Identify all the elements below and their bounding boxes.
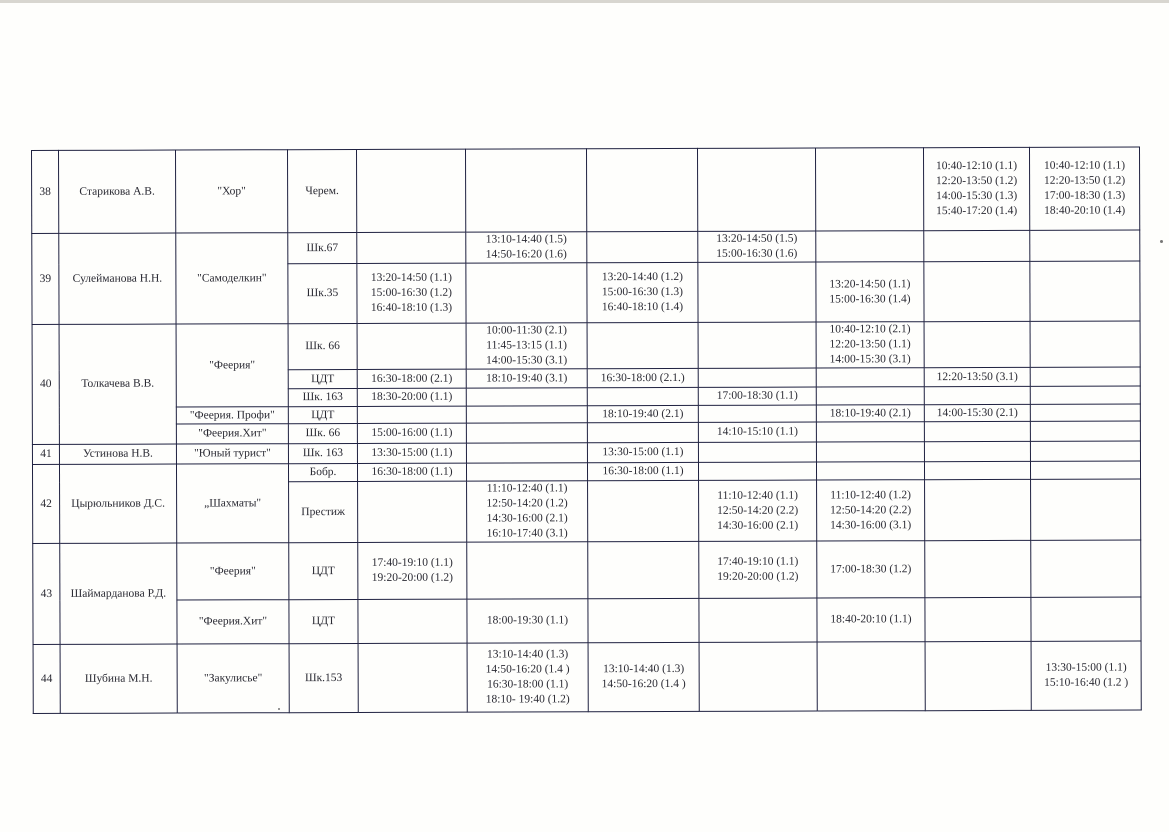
day-cell <box>925 641 1031 710</box>
day-cell: 13:30-15:00 (1.1) <box>587 442 698 462</box>
location: ЦДТ <box>288 406 357 423</box>
time-slot: 18:10-19:40 (2.1) <box>819 406 922 421</box>
day-cell: 13:20-14:50 (1.5)15:00-16:30 (1.6) <box>698 231 816 262</box>
group-name: "Феерия.Хит" <box>176 424 288 444</box>
day-cell <box>1030 421 1140 441</box>
day-cell <box>1030 261 1140 321</box>
time-slot: 14:00-15:30 (2.1) <box>927 405 1028 420</box>
day-cell <box>698 262 816 322</box>
day-cell <box>1030 321 1140 367</box>
group-name: "Феерия" <box>177 543 289 600</box>
day-cell <box>587 422 698 442</box>
day-cell <box>466 423 587 443</box>
day-cell <box>1030 404 1140 421</box>
row-number: 42 <box>32 464 59 543</box>
day-cell: 13:20-14:50 (1.1)15:00-16:30 (1.2)16:40-… <box>357 263 466 323</box>
time-slot: 14:00-15:30 (3.1) <box>819 352 922 367</box>
location: Шк. 66 <box>288 423 357 443</box>
time-slot: 13:30-15:00 (1.1) <box>360 446 464 461</box>
time-slot: 16:30-18:00 (1.1) <box>360 465 464 480</box>
day-cell <box>358 481 467 542</box>
day-cell <box>587 322 698 368</box>
day-cell <box>465 149 586 232</box>
day-cell <box>357 232 466 263</box>
location: Шк.67 <box>288 232 357 263</box>
scanned-page: 38Старикова А.В."Хор"Черем.10:40-12:10 (… <box>0 0 1169 832</box>
day-cell: 13:20-14:40 (1.2)15:00-16:30 (1.3)16:40-… <box>587 262 698 322</box>
time-slot: 15:00-16:30 (1.4) <box>818 292 921 307</box>
time-slot: 15:00-16:30 (1.6) <box>700 247 813 262</box>
row-number: 41 <box>32 444 59 464</box>
day-cell <box>357 323 466 369</box>
day-cell <box>588 598 699 642</box>
scan-edge <box>0 0 1169 3</box>
time-slot: 17:40-19:10 (1.1) <box>701 555 814 570</box>
time-slot: 13:10-14:40 (1.5) <box>468 232 584 247</box>
day-cell: 10:00-11:30 (2.1)11:45-13:15 (1.1)14:00-… <box>466 323 587 369</box>
time-slot: 13:30-15:00 (1.1) <box>1034 661 1139 676</box>
teacher-name: Шубина М.Н. <box>60 644 177 713</box>
time-slot: 11:10-12:40 (1.1) <box>469 481 585 496</box>
time-slot: 14:50-16:20 (1.4 ) <box>591 677 697 692</box>
time-slot: 12:20-13:50 (1.2) <box>926 174 1027 189</box>
day-cell <box>467 542 588 599</box>
day-cell <box>698 368 816 387</box>
location: ЦДТ <box>289 599 358 643</box>
time-slot: 15:00-16:30 (1.2) <box>359 286 463 301</box>
day-cell: 16:30-18:00 (2.1.) <box>587 368 698 387</box>
time-slot: 18:30-20:00 (1.1) <box>360 390 464 405</box>
teacher-name: Шаймарданова Р.Д. <box>60 543 177 644</box>
teacher-name: Толкачева В.В. <box>59 324 176 444</box>
time-slot: 16:30-18:00 (1.1) <box>590 464 696 479</box>
day-cell: 12:20-13:50 (3.1) <box>924 367 1030 386</box>
time-slot: 14:30-16:00 (2.1) <box>701 518 814 533</box>
time-slot: 12:50-14:20 (2.2) <box>819 503 922 518</box>
day-cell <box>816 368 924 387</box>
day-cell <box>815 148 923 231</box>
time-slot: 11:10-12:40 (1.1) <box>701 488 814 503</box>
row-number: 38 <box>32 150 59 233</box>
day-cell <box>586 148 697 231</box>
teacher-name: Цырюльников Д.С. <box>59 464 176 543</box>
day-cell: 16:30-18:00 (2.1) <box>357 369 466 388</box>
row-number: 43 <box>33 543 60 644</box>
time-slot: 16:10-17:40 (3.1) <box>469 526 585 541</box>
time-slot: 19:20-20:00 (1.2) <box>360 571 464 586</box>
day-cell <box>697 148 815 231</box>
day-cell <box>1030 367 1140 386</box>
location: Шк. 66 <box>288 323 357 369</box>
time-slot: 18:40-20:10 (1.4) <box>1032 204 1137 219</box>
day-cell <box>356 149 465 232</box>
day-cell: 11:10-12:40 (1.2)12:50-14:20 (2.2)14:30-… <box>817 480 925 541</box>
day-cell: 15:00-16:00 (1.1) <box>357 423 466 443</box>
day-cell: 14:10-15:10 (1.1) <box>698 422 816 442</box>
time-slot: 17:00-18:30 (1.3) <box>1032 189 1137 204</box>
day-cell: 10:40-12:10 (1.1)12:20-13:50 (1.2)17:00-… <box>1029 147 1139 230</box>
day-cell <box>1031 540 1141 597</box>
time-slot: 14:30-16:00 (2.1) <box>469 511 585 526</box>
group-name: „Шахматы" <box>176 464 288 543</box>
day-cell <box>1030 386 1140 404</box>
scan-speck <box>278 708 280 710</box>
time-slot: 18:10-19:40 (3.1) <box>469 371 585 386</box>
day-cell <box>587 387 698 405</box>
day-cell: 16:30-18:00 (1.1) <box>357 463 466 481</box>
day-cell: 18:10-19:40 (2.1) <box>816 405 924 422</box>
location: Шк. 163 <box>288 443 357 463</box>
time-slot: 14:30-16:00 (3.1) <box>819 518 922 533</box>
time-slot: 12:20-13:50 (1.1) <box>819 337 922 352</box>
day-cell <box>924 461 1030 479</box>
time-slot: 16:30-18:00 (1.1) <box>470 677 586 692</box>
time-slot: 17:00-18:30 (1.2) <box>819 562 922 577</box>
day-cell <box>816 442 924 462</box>
day-cell <box>817 642 925 711</box>
time-slot: 16:30-18:00 (2.1) <box>360 371 464 386</box>
day-cell: 18:30-20:00 (1.1) <box>357 388 466 406</box>
day-cell <box>1031 597 1141 641</box>
day-cell: 13:30-15:00 (1.1) <box>357 443 466 463</box>
day-cell <box>1030 441 1140 461</box>
time-slot: 12:20-13:50 (1.2) <box>1032 174 1137 189</box>
day-cell <box>925 597 1031 641</box>
day-cell <box>698 442 816 462</box>
teacher-name: Сулейманова Н.Н. <box>59 233 176 324</box>
time-slot: 18:10- 19:40 (1.2) <box>470 692 586 707</box>
group-name: "Закулисье" <box>177 644 289 713</box>
time-slot: 11:10-12:40 (1.2) <box>819 488 922 503</box>
day-cell <box>924 421 1030 441</box>
day-cell: 13:20-14:50 (1.1)15:00-16:30 (1.4) <box>816 262 924 322</box>
day-cell <box>816 387 924 405</box>
time-slot: 11:45-13:15 (1.1) <box>469 338 585 353</box>
location: Бобр. <box>288 463 357 481</box>
time-slot: 15:00-16:30 (1.3) <box>589 285 695 300</box>
day-cell: 17:40-19:10 (1.1)19:20-20:00 (1.2) <box>699 541 817 598</box>
group-name: "Самоделкин" <box>176 233 288 324</box>
day-cell: 17:00-18:30 (1.2) <box>817 541 925 598</box>
day-cell <box>466 443 587 463</box>
day-cell: 18:40-20:10 (1.1) <box>817 598 925 642</box>
teacher-name: Устинова Н.В. <box>59 444 176 464</box>
day-cell <box>699 642 817 711</box>
day-cell <box>1030 230 1140 261</box>
group-name: "Юный турист" <box>176 444 288 464</box>
day-cell: 17:40-19:10 (1.1)19:20-20:00 (1.2) <box>358 542 467 599</box>
day-cell: 18:10-19:40 (3.1) <box>466 369 587 388</box>
time-slot: 14:00-15:30 (1.3) <box>926 189 1027 204</box>
day-cell: 13:10-14:40 (1.5)14:50-16:20 (1.6) <box>466 232 587 263</box>
time-slot: 16:30-18:00 (2.1.) <box>590 370 696 385</box>
location: Шк.153 <box>289 643 358 712</box>
time-slot: 14:50-16:20 (1.4 ) <box>470 662 586 677</box>
day-cell <box>924 261 1030 321</box>
time-slot: 10:40-12:10 (1.1) <box>926 159 1027 174</box>
day-cell <box>588 541 699 598</box>
time-slot: 15:00-16:00 (1.1) <box>360 426 464 441</box>
day-cell <box>1031 479 1141 540</box>
location: ЦДТ <box>288 369 357 388</box>
time-slot: 10:40-12:10 (1.1) <box>1032 159 1137 174</box>
table-row: 44Шубина М.Н."Закулисье"Шк.15313:10-14:4… <box>33 641 1141 713</box>
schedule-body: 38Старикова А.В."Хор"Черем.10:40-12:10 (… <box>32 147 1142 713</box>
day-cell <box>925 479 1031 540</box>
time-slot: 12:50-14:20 (1.2) <box>469 496 585 511</box>
day-cell <box>466 463 587 481</box>
day-cell <box>816 462 924 480</box>
time-slot: 17:00-18:30 (1.1) <box>701 389 814 404</box>
time-slot: 15:10-16:40 (1.2 ) <box>1034 676 1139 691</box>
teacher-name: Старикова А.В. <box>59 150 176 233</box>
day-cell <box>466 388 587 406</box>
scan-speck <box>1160 240 1163 243</box>
day-cell <box>358 643 467 712</box>
day-cell <box>587 231 698 262</box>
day-cell: 11:10-12:40 (1.1)12:50-14:20 (1.2)14:30-… <box>467 481 588 542</box>
time-slot: 12:50-14:20 (2.2) <box>701 503 814 518</box>
table-row: 39Сулейманова Н.Н."Самоделкин"Шк.6713:10… <box>32 230 1140 264</box>
day-cell: 18:00-19:30 (1.1) <box>467 599 588 643</box>
schedule-table: 38Старикова А.В."Хор"Черем.10:40-12:10 (… <box>31 147 1142 714</box>
day-cell: 13:10-14:40 (1.3)14:50-16:20 (1.4 ) <box>588 642 699 711</box>
time-slot: 19:20-20:00 (1.2) <box>701 570 814 585</box>
row-number: 39 <box>32 233 59 324</box>
day-cell <box>699 598 817 642</box>
time-slot: 12:20-13:50 (3.1) <box>927 369 1028 384</box>
time-slot: 16:40-18:10 (1.4) <box>589 300 695 315</box>
location: Шк. 163 <box>288 388 357 406</box>
table-row: 38Старикова А.В."Хор"Черем.10:40-12:10 (… <box>32 147 1140 233</box>
day-cell <box>816 231 924 262</box>
group-name: "Феерия.Хит" <box>177 600 289 644</box>
day-cell <box>1030 461 1140 479</box>
day-cell <box>466 263 587 323</box>
location: Черем. <box>288 149 357 232</box>
day-cell <box>358 599 467 643</box>
time-slot: 13:20-14:40 (1.2) <box>589 270 695 285</box>
day-cell: 10:40-12:10 (1.1)12:20-13:50 (1.2)14:00-… <box>923 147 1029 230</box>
day-cell <box>924 230 1030 261</box>
time-slot: 13:10-14:40 (1.3) <box>591 662 697 677</box>
time-slot: 10:40-12:10 (2.1) <box>819 322 922 337</box>
group-name: "Феерия. Профи" <box>176 407 288 424</box>
day-cell: 17:00-18:30 (1.1) <box>698 387 816 405</box>
group-name: "Хор" <box>176 150 288 233</box>
day-cell: 10:40-12:10 (2.1)12:20-13:50 (1.1)14:00-… <box>816 322 924 368</box>
day-cell: 13:30-15:00 (1.1)15:10-16:40 (1.2 ) <box>1031 641 1141 710</box>
day-cell: 16:30-18:00 (1.1) <box>587 462 698 480</box>
day-cell <box>466 406 587 423</box>
day-cell <box>924 441 1030 461</box>
day-cell: 14:00-15:30 (2.1) <box>924 404 1030 421</box>
day-cell: 11:10-12:40 (1.1)12:50-14:20 (2.2)14:30-… <box>699 480 817 541</box>
table-row: 40Толкачева В.В."Феерия"Шк. 6610:00-11:3… <box>32 321 1140 370</box>
day-cell <box>924 386 1030 404</box>
day-cell <box>588 480 699 541</box>
day-cell <box>816 422 924 442</box>
time-slot: 13:20-14:50 (1.5) <box>700 232 813 247</box>
day-cell: 18:10-19:40 (2.1) <box>587 405 698 422</box>
time-slot: 10:00-11:30 (2.1) <box>469 323 585 338</box>
group-name: "Феерия" <box>176 324 288 407</box>
time-slot: 17:40-19:10 (1.1) <box>360 556 464 571</box>
day-cell <box>698 462 816 480</box>
day-cell <box>698 322 816 368</box>
time-slot: 13:20-14:50 (1.1) <box>359 271 463 286</box>
time-slot: 15:40-17:20 (1.4) <box>926 204 1027 219</box>
time-slot: 16:40-18:10 (1.3) <box>359 301 463 316</box>
day-cell <box>698 405 816 422</box>
day-cell <box>925 540 1031 597</box>
row-number: 44 <box>33 644 60 713</box>
day-cell <box>924 321 1030 367</box>
time-slot: 13:20-14:50 (1.1) <box>818 277 921 292</box>
location: Шк.35 <box>288 263 357 323</box>
location: Престиж <box>289 481 358 542</box>
time-slot: 18:40-20:10 (1.1) <box>819 612 922 627</box>
location: ЦДТ <box>289 542 358 599</box>
time-slot: 14:00-15:30 (3.1) <box>469 353 585 368</box>
time-slot: 13:10-14:40 (1.3) <box>470 647 586 662</box>
time-slot: 18:00-19:30 (1.1) <box>469 613 585 628</box>
table-row: "Феерия.Хит"ЦДТ18:00-19:30 (1.1)18:40-20… <box>33 597 1141 644</box>
table-row: 43Шаймарданова Р.Д."Феерия"ЦДТ17:40-19:1… <box>33 540 1141 600</box>
day-cell: 13:10-14:40 (1.3)14:50-16:20 (1.4 )16:30… <box>467 643 588 712</box>
time-slot: 14:50-16:20 (1.6) <box>468 247 584 262</box>
day-cell <box>357 406 466 423</box>
time-slot: 18:10-19:40 (2.1) <box>590 406 696 421</box>
time-slot: 14:10-15:10 (1.1) <box>701 425 814 440</box>
time-slot: 13:30-15:00 (1.1) <box>590 445 696 460</box>
row-number: 40 <box>32 324 59 444</box>
